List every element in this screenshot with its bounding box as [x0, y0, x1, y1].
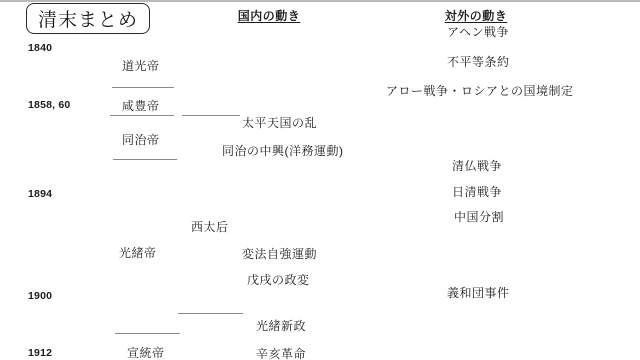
foreign-event-unequal-treaties: 不平等条約	[447, 53, 510, 70]
foreign-event-partition-of-china: 中国分割	[454, 208, 504, 225]
page-title: 清末まとめ	[38, 5, 138, 32]
domestic-event-tongzhi-restoration: 同治の中興(洋務運動)	[222, 142, 344, 159]
foreign-event-sino-japanese-war: 日清戦争	[452, 183, 502, 200]
domestic-event-self-strengthening-reform: 変法自強運動	[242, 245, 317, 262]
emperor-tongzhi: 同治帝	[122, 131, 160, 148]
emperor-xuantong: 宣統帝	[127, 344, 165, 360]
reign-divider-guangxu-xuantong	[115, 333, 180, 334]
reign-divider-tongzhi-guangxu	[113, 159, 177, 160]
reign-divider-xianfeng-tongzhi	[110, 115, 174, 116]
foreign-event-opium-war: アヘン戦争	[447, 23, 509, 40]
year-label-1912: 1912	[28, 347, 52, 359]
foreign-event-arrow-war-russia-border: アロー戦争・ロシアとの国境制定	[386, 82, 574, 99]
domestic-event-guangxu-new-policies: 光緒新政	[256, 317, 306, 334]
timeline-slide: 清末まとめ 国内の動き 対外の動き 1840 1858, 60 1894 190…	[0, 0, 640, 360]
domestic-event-taiping-rebellion: 太平天国の乱	[242, 114, 317, 131]
column-header-foreign: 対外の動き	[416, 7, 536, 24]
regent-cixi: 西太后	[191, 218, 229, 235]
reign-divider-daoguang-xianfeng	[112, 87, 174, 88]
foreign-event-boxer-rebellion: 義和団事件	[447, 284, 510, 301]
year-label-1894: 1894	[28, 188, 52, 200]
emperor-guangxu: 光緒帝	[119, 244, 157, 261]
foreign-event-sino-french-war: 清仏戦争	[452, 157, 502, 174]
regent-cixi-end-line	[178, 313, 243, 314]
title-box: 清末まとめ	[26, 3, 150, 34]
connector-line-taiping	[182, 115, 240, 116]
year-label-1840: 1840	[28, 42, 52, 54]
domestic-event-xinhai-revolution: 辛亥革命	[256, 345, 306, 360]
year-label-1858-60: 1858, 60	[28, 99, 70, 111]
emperor-daoguang: 道光帝	[122, 57, 160, 74]
domestic-event-wuxu-coup: 戊戌の政変	[247, 271, 310, 288]
slide-top-border	[0, 0, 640, 2]
emperor-xianfeng: 咸豊帝	[122, 97, 160, 114]
column-header-domestic: 国内の動き	[209, 7, 329, 24]
year-label-1900: 1900	[28, 290, 52, 302]
